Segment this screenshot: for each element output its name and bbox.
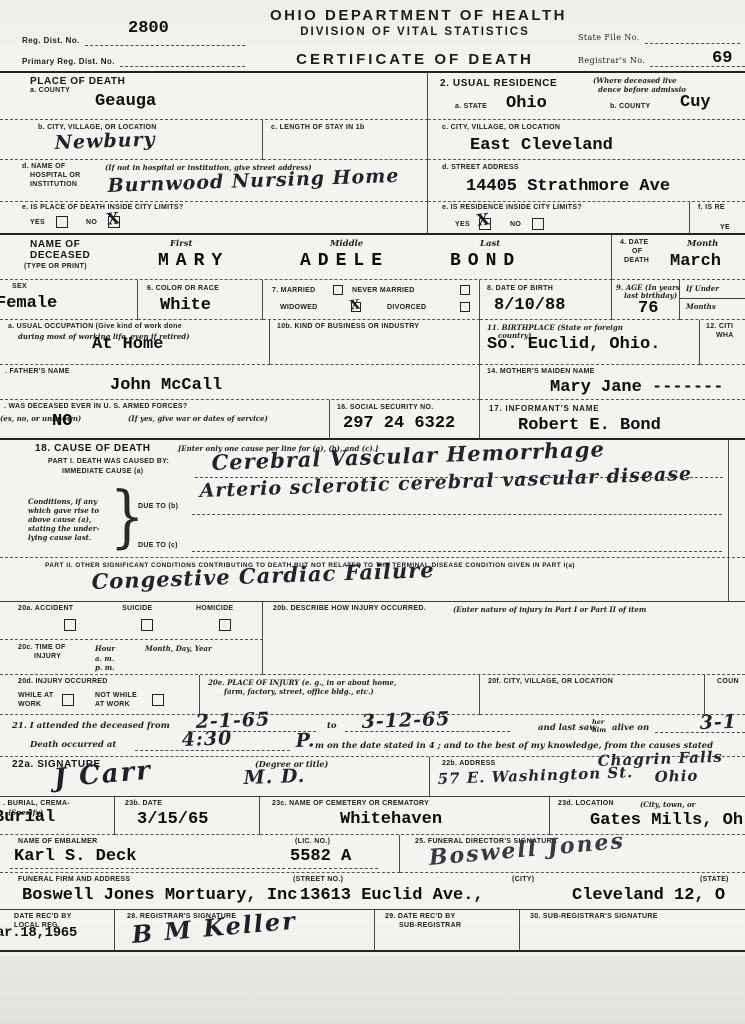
embalmer-line (10, 868, 285, 869)
state-file-line (645, 43, 740, 44)
while-at-work-label-1: WHILE AT (18, 692, 53, 701)
burial-date-value: 3/15/65 (137, 811, 208, 830)
firm-city-value: Cleveland 12, O (572, 887, 725, 906)
hospital-label-2: HOSPITAL OR (30, 172, 81, 181)
street-address-cell: d. STREET ADDRESS 14405 Strathmore Ave (428, 160, 745, 202)
residence-limits-no-checkbox (532, 218, 544, 230)
while-at-work-checkbox (62, 694, 74, 706)
dod-month-label: Month (687, 239, 718, 250)
injury-city-cell: 20f. CITY, VILLAGE, OR LOCATION (480, 675, 705, 715)
informant-value: Robert E. Bond (518, 417, 661, 436)
injury-occurred-label: 20d. INJURY OCCURRED (18, 678, 108, 687)
death-time: 4:30 (181, 728, 232, 751)
injury-county-cut: COUN (717, 678, 739, 687)
suicide-checkbox (141, 619, 153, 631)
deceased-name-label-2: DECEASED (30, 250, 90, 262)
never-married-checkbox (460, 285, 470, 295)
lic-no-line (288, 868, 378, 869)
attended-to-line (345, 731, 510, 732)
residence-city-value: East Cleveland (470, 137, 613, 156)
date-of-death-cell: 4. DATE OF DEATH Month March (612, 235, 745, 280)
sex-cell: SEX Female (0, 280, 138, 320)
usual-residence-heading: 2. USUAL RESIDENCE (440, 78, 557, 90)
county-label: a. COUNTY (30, 87, 70, 96)
dod-label-2: OF (632, 248, 642, 257)
hour-label: Hour (95, 644, 115, 653)
never-married-label: NEVER MARRIED (352, 287, 415, 296)
time-of-injury-label-2: INJURY (34, 653, 61, 662)
business-cell: 10b. KIND OF BUSINESS OR INDUSTRY (270, 320, 480, 365)
race-label: 6. COLOR OR RACE (147, 285, 219, 294)
sub-date-label-2: SUB-REGISTRAR (399, 922, 461, 931)
address-cell: 22b. ADDRESS 57 E. Washington St. Chagri… (430, 757, 745, 797)
death-occurred-label: Death occurred at (30, 740, 116, 751)
lic-no-value: 5582 A (290, 848, 351, 867)
place-of-death-cell: PLACE OF DEATH a. COUNTY Geauga (0, 73, 428, 120)
street-address-label: d. STREET ADDRESS (442, 164, 519, 173)
sub-registrar-signature-cell: 30. SUB-REGISTRAR'S SIGNATURE (520, 910, 745, 950)
accident-cell: 20a. ACCIDENT SUICIDE HOMICIDE (0, 602, 263, 640)
marital-status-cell: 7. MARRIED NEVER MARRIED WIDOWED X DIVOR… (263, 280, 480, 320)
father-label: . FATHER'S NAME (5, 368, 70, 377)
burial-value: Burial (0, 809, 55, 828)
while-at-work-label-2: WORK (18, 701, 41, 710)
embalmer-value: Karl S. Deck (14, 848, 136, 867)
residence-limits-yes-x-mark: X (476, 211, 490, 228)
death-limits-yes-label: YES (30, 219, 45, 228)
first-name-label: First (170, 239, 192, 250)
if-under-cell: If Under Months (680, 280, 745, 320)
not-while-label-2: AT WORK (95, 701, 130, 710)
armed-forces-cell: . WAS DECEASED EVER IN U. S. ARMED FORCE… (0, 400, 330, 440)
death-limits-no-x-mark: X (106, 210, 120, 227)
funeral-firm-value: Boswell Jones Mortuary, Inc. (22, 887, 308, 906)
widowed-x-mark: X (349, 298, 361, 312)
residence-limits-no-label: NO (510, 221, 521, 230)
deceased-name-cell: NAME OF DECEASED (TYPE OR PRINT) First M… (0, 235, 612, 280)
director-signature-cell: 25. FUNERAL DIRECTOR'S SIGNATURE Boswell… (400, 835, 745, 873)
cemetery-value: Whitehaven (340, 811, 442, 830)
part1-label: PART I. DEATH WAS CAUSED BY: (48, 458, 169, 467)
months-label: Months (686, 302, 716, 311)
not-while-label-1: NOT WHILE (95, 692, 137, 701)
armed-forces-note-2: (If yes, give war or dates of service) (128, 414, 268, 423)
conditions-note-4: stating the under- (28, 524, 99, 533)
burial-date-label: 23b. DATE (125, 800, 162, 809)
burial-date-cell: 23b. DATE 3/15/65 (115, 797, 260, 835)
funeral-firm-label: FUNERAL FIRM AND ADDRESS (18, 876, 130, 885)
age-cell: 9. AGE (In years last birthday) 76 (612, 280, 680, 320)
registrars-no-value: 69 (712, 50, 732, 69)
sub-date-cell: 29. DATE REC'D BY SUB-REGISTRAR (375, 910, 520, 950)
armed-forces-label: . WAS DECEASED EVER IN U. S. ARMED FORCE… (4, 403, 187, 412)
dod-label-3: DEATH (624, 257, 649, 266)
residence-city-cell: c. CITY, VILLAGE, OR LOCATION East Cleve… (428, 120, 745, 160)
length-of-stay-cell: c. LENGTH OF STAY IN 1b (263, 120, 428, 160)
ssn-cell: 16. SOCIAL SECURITY NO. 297 24 6322 (330, 400, 480, 440)
residence-note-2: dence before admissio (598, 85, 686, 94)
occupation-cell: a. USUAL OCCUPATION (Give kind of work d… (0, 320, 270, 365)
death-time-line (135, 750, 290, 751)
physician-signature-handwritten: J Carr (53, 758, 153, 792)
ssn-label: 16. SOCIAL SECURITY NO. (337, 404, 434, 413)
residence-city-label: c. CITY, VILLAGE, OR LOCATION (442, 124, 560, 133)
widowed-label: WIDOWED (280, 304, 317, 313)
last-name-label: Last (480, 239, 500, 250)
accident-label: 20a. ACCIDENT (18, 605, 73, 614)
degree-handwritten: M. D. (243, 766, 305, 789)
funeral-firm-cell: FUNERAL FIRM AND ADDRESS (STREET NO.) (C… (0, 873, 745, 910)
occupation-label-1: a. USUAL OCCUPATION (Give kind of work d… (8, 323, 182, 332)
hospital-label-1: d. NAME OF (22, 163, 65, 172)
cemetery-cell: 23c. NAME OF CEMETERY OR CREMATORY White… (260, 797, 550, 835)
place-of-injury-label-1: 20e. PLACE OF INJURY (e. g., in or about… (208, 678, 396, 687)
burial-cell: . BURIAL, CREMA- (Specify) Burial (0, 797, 115, 835)
age-value: 76 (638, 300, 658, 319)
informant-label: 17. INFORMANT'S NAME (489, 404, 599, 414)
burial-location-label: 23d. LOCATION (558, 800, 614, 809)
residence-state-label: a. STATE (455, 103, 487, 112)
embalmer-cell: NAME OF EMBALMER Karl S. Deck (LIC. NO.)… (0, 835, 400, 873)
due-to-b-line (192, 514, 722, 515)
residence-f-cell: f. IS RE YE (690, 202, 745, 235)
residence-f-cut: YE (720, 224, 730, 233)
certificate-title: CERTIFICATE OF DEATH (270, 52, 560, 67)
last-saw-label: and last saw (538, 723, 597, 734)
date-recd-stamp: ar.18,1965 (0, 926, 77, 941)
homicide-label: HOMICIDE (196, 605, 233, 614)
hospital-label-3: INSTITUTION (30, 181, 77, 190)
attended-prefix: 21. I attended the deceased from (12, 721, 170, 732)
blank-scan-area (0, 956, 745, 1024)
occupation-value: At Home (92, 336, 163, 355)
certificate-page: 2800 Reg. Dist. No. Primary Reg. Dist. N… (0, 0, 745, 1024)
time-of-injury-cell: 20c. TIME OF INJURY Hour a. m. p. m. Mon… (0, 640, 263, 675)
father-value: John McCall (110, 377, 222, 396)
registrar-signature-cell: 28. REGISTRAR'S SIGNATURE B M Keller (115, 910, 375, 950)
death-ampm: P. (295, 730, 315, 752)
division-name: DIVISION OF VITAL STATISTICS (270, 27, 560, 39)
alive-line (655, 732, 745, 733)
date-recd-cell: DATE REC'D BY LOCAL REG. ar.18,1965 (0, 910, 115, 950)
first-name-value: MARY (158, 252, 229, 272)
dob-value: 8/10/88 (494, 297, 565, 316)
usual-residence-cell: 2. USUAL RESIDENCE (Where deceased live … (428, 73, 745, 120)
burial-location-note: (City, town, or (640, 800, 695, 809)
married-label: 7. MARRIED (272, 287, 315, 296)
residence-note-1: (Where deceased live (593, 76, 676, 85)
cemetery-label: 23c. NAME OF CEMETERY OR CREMATORY (272, 800, 429, 809)
informant-cell: 17. INFORMANT'S NAME Robert E. Bond (480, 400, 745, 440)
conditions-note-2: which gave rise to (28, 506, 99, 515)
suicide-label: SUICIDE (122, 605, 153, 614)
death-limits-no-label: NO (86, 219, 97, 228)
father-cell: . FATHER'S NAME John McCall (0, 365, 480, 400)
embalmer-label: NAME OF EMBALMER (18, 838, 97, 847)
sex-label: SEX (12, 283, 27, 292)
reg-dist-line (85, 45, 245, 46)
birthplace-cell: 11. BIRTHPLACE (State or foreign country… (480, 320, 700, 365)
middle-name-value: ADELE (300, 252, 389, 272)
death-city-limits-label: e. IS PLACE OF DEATH INSIDE CITY LIMITS? (22, 204, 183, 213)
sub-date-label-1: 29. DATE REC'D BY (385, 913, 455, 922)
middle-name-label: Middle (330, 239, 363, 250)
conditions-note-5: lying cause last. (28, 533, 91, 542)
mother-label: 14. MOTHER'S MAIDEN NAME (487, 368, 595, 377)
divorced-label: DIVORCED (387, 304, 426, 313)
injury-county-cell: COUN (705, 675, 745, 715)
cause-heading: 18. CAUSE OF DEATH (35, 443, 151, 455)
signature-cell: 22a. SIGNATURE J Carr (Degree or title) … (0, 757, 430, 797)
describe-injury-cell: 20b. DESCRIBE HOW INJURY OCCURRED. (Ente… (263, 602, 745, 675)
injury-occurred-cell: 20d. INJURY OCCURRED WHILE AT WORK NOT W… (0, 675, 200, 715)
firm-state-label: (STATE) (700, 876, 729, 885)
residence-limits-yes-label: YES (455, 221, 470, 230)
address-city-handwritten: Chagrin Falls (597, 749, 723, 770)
reg-dist-label: Reg. Dist. No. (22, 36, 80, 46)
residence-f-label: f. IS RE (698, 204, 725, 213)
due-to-c-label: DUE TO (c) (138, 542, 178, 551)
dob-label: 8. DATE OF BIRTH (487, 285, 553, 294)
birthplace-value: So. Euclid, Ohio. (487, 336, 660, 355)
firm-street-value: 13613 Euclid Ave., (300, 887, 484, 906)
residence-county-value: Cuy (680, 94, 711, 113)
married-checkbox (333, 285, 343, 295)
mother-cell: 14. MOTHER'S MAIDEN NAME Mary Jane -----… (480, 365, 745, 400)
registrars-no-label: Registrar's No. (578, 56, 645, 66)
street-no-label: (STREET NO.) (293, 876, 343, 885)
date-recd-label-1: DATE REC'D BY (14, 913, 72, 922)
residence-city-limits-cell: e. IS RESIDENCE INSIDE CITY LIMITS? YES … (428, 202, 690, 235)
burial-location-cell: 23d. LOCATION (City, town, or Gates Mill… (550, 797, 745, 835)
street-address-value: 14405 Strathmore Ave (466, 178, 670, 197)
armed-forces-value: NO (52, 413, 72, 432)
director-signature-handwritten: Boswell Jones (428, 830, 626, 869)
firm-city-label: (CITY) (512, 876, 534, 885)
reg-dist-value: 2800 (128, 20, 169, 39)
attended-to-date: 3-12-65 (361, 709, 451, 733)
last-name-value: BOND (450, 252, 521, 272)
time-of-injury-label-1: 20c. TIME OF (18, 644, 66, 653)
dod-month-value: March (670, 253, 721, 272)
state-file-label: State File No. (578, 33, 640, 43)
department-name: OHIO DEPARTMENT OF HEALTH (270, 8, 560, 23)
residence-county-label: b. COUNTY (610, 103, 650, 112)
mother-value: Mary Jane ------- (550, 379, 723, 398)
race-cell: 6. COLOR OR RACE White (138, 280, 263, 320)
business-label: 10b. KIND OF BUSINESS OR INDUSTRY (277, 323, 419, 332)
address-state-handwritten: Ohio (654, 767, 698, 785)
part2-cell: PART II. OTHER SIGNIFICANT CONDITIONS CO… (0, 558, 745, 602)
divorced-checkbox (460, 302, 470, 312)
dod-label-1: 4. DATE (620, 239, 648, 248)
not-while-checkbox (152, 694, 164, 706)
lic-no-label: (LIC. NO.) (295, 838, 330, 847)
primary-reg-line (120, 66, 245, 67)
alive-on-label: alive on (612, 723, 649, 734)
race-value: White (160, 297, 211, 316)
conditions-brace: } (110, 483, 144, 551)
conditions-note-3: above cause (a), (28, 515, 91, 524)
residence-city-limits-label: e. IS RESIDENCE INSIDE CITY LIMITS? (442, 204, 582, 213)
death-limits-yes-checkbox (56, 216, 68, 228)
ssn-value: 297 24 6322 (343, 415, 455, 434)
alive-date: 3-1 (699, 712, 737, 734)
if-under-label: If Under (686, 284, 719, 293)
sub-registrar-signature-label: 30. SUB-REGISTRAR'S SIGNATURE (530, 913, 658, 922)
due-to-cell: Conditions, if any which gave rise to ab… (0, 480, 745, 558)
dob-cell: 8. DATE OF BIRTH 8/10/88 (480, 280, 612, 320)
citizen-label-2: WHA (716, 332, 734, 341)
describe-injury-note: (Enter nature of injury in Part I or Par… (453, 605, 646, 614)
length-of-stay-label: c. LENGTH OF STAY IN 1b (271, 124, 365, 133)
pm-label: p. m. (95, 663, 115, 672)
month-day-year-label: Month, Day, Year (145, 644, 212, 653)
am-label: a. m. (95, 654, 114, 663)
attended-to-label: to (327, 721, 337, 732)
death-city-limits-cell: e. IS PLACE OF DEATH INSIDE CITY LIMITS?… (0, 202, 428, 235)
residence-state-value: Ohio (506, 95, 547, 114)
accident-checkbox (64, 619, 76, 631)
deceased-name-label-3: (TYPE OR PRINT) (24, 263, 87, 272)
homicide-checkbox (219, 619, 231, 631)
citizen-label-1: 12. CITI (706, 323, 733, 332)
immediate-cause-label: IMMEDIATE CAUSE (a) (62, 468, 143, 477)
injury-city-label: 20f. CITY, VILLAGE, OR LOCATION (488, 678, 613, 687)
if-under-divider (680, 298, 745, 299)
primary-reg-dist-label: Primary Reg. Dist. No. (22, 57, 115, 67)
describe-injury-label: 20b. DESCRIBE HOW INJURY OCCURRED. (273, 605, 426, 614)
sex-value: Female (0, 295, 57, 314)
him-label: him (592, 727, 606, 734)
death-city-handwritten: Newbury (54, 129, 156, 153)
hospital-cell: d. NAME OF HOSPITAL OR INSTITUTION (If n… (0, 160, 428, 202)
county-value: Geauga (95, 93, 156, 112)
place-of-injury-label-2: farm, factory, street, office bldg., etc… (224, 687, 374, 696)
due-to-c-line (192, 551, 722, 552)
death-city-cell: b. CITY, VILLAGE, OR LOCATION Newbury (0, 120, 263, 160)
citizen-cell: 12. CITI WHA (700, 320, 745, 365)
due-to-b-label: DUE TO (b) (138, 503, 178, 512)
conditions-note-1: Conditions, if any (28, 497, 97, 506)
